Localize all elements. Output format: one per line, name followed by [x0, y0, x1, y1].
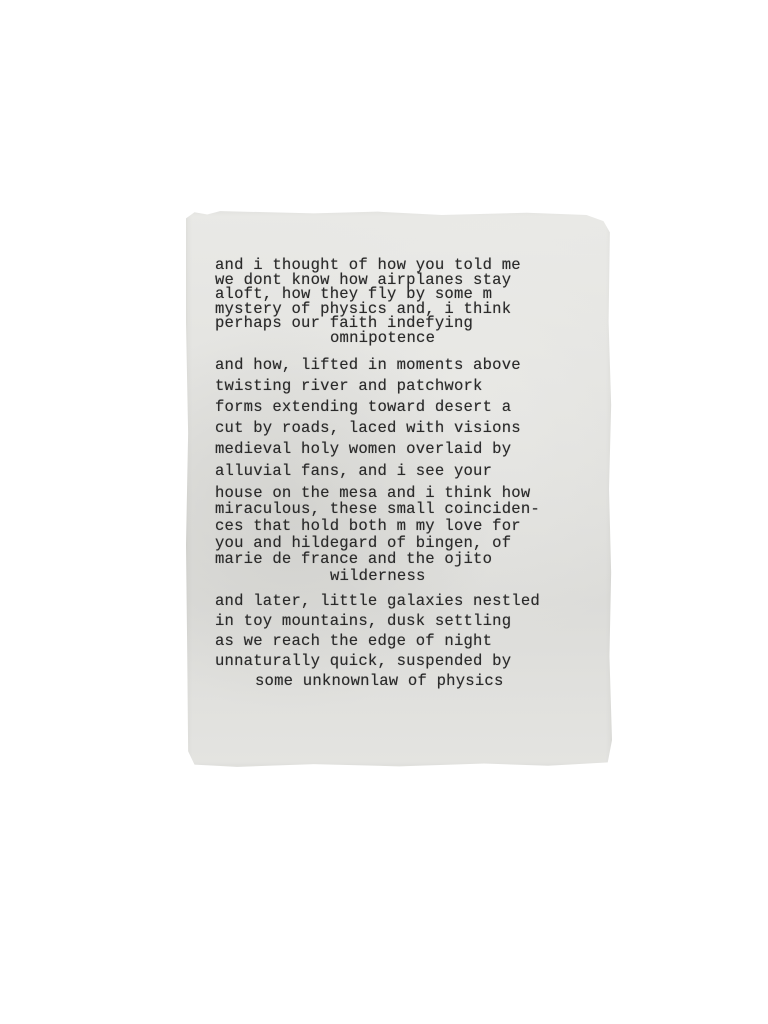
stanza-4: and later, little galaxies nestled in to… — [215, 592, 615, 691]
poem-line: and later, little galaxies nestled — [215, 592, 615, 612]
poem-line: alluvial fans, and i see your — [215, 461, 615, 482]
poem-centered-line: wilderness — [215, 568, 615, 585]
poem-line: medieval holy women overlaid by — [215, 439, 615, 460]
poem-line: forms extending toward desert a — [215, 397, 615, 418]
poem-line: unnaturally quick, suspended by — [215, 652, 615, 672]
poem-line: and how, lifted in moments above — [215, 355, 615, 376]
poem-line: cut by roads, laced with visions — [215, 418, 615, 439]
poem-line: marie de france and the ojito — [215, 551, 615, 568]
poem-line: ces that hold both m my love for — [215, 518, 615, 535]
poem-centered-line: omnipotence — [215, 331, 615, 346]
typewritten-poem: and i thought of how you told me we dont… — [215, 258, 615, 691]
poem-line: twisting river and patchwork — [215, 376, 615, 397]
poem-line: you and hildegard of bingen, of — [215, 535, 615, 552]
poem-centered-line: some unknownlaw of physics — [215, 672, 615, 692]
poem-line: house on the mesa and i think how — [215, 485, 615, 502]
poem-line: as we reach the edge of night — [215, 632, 615, 652]
stanza-1: and i thought of how you told me we dont… — [215, 258, 615, 346]
stanza-2: and how, lifted in moments above twistin… — [215, 355, 615, 482]
poem-line: in toy mountains, dusk settling — [215, 612, 615, 632]
stanza-3: house on the mesa and i think how miracu… — [215, 485, 615, 585]
poem-line: miraculous, these small coinciden- — [215, 501, 615, 518]
